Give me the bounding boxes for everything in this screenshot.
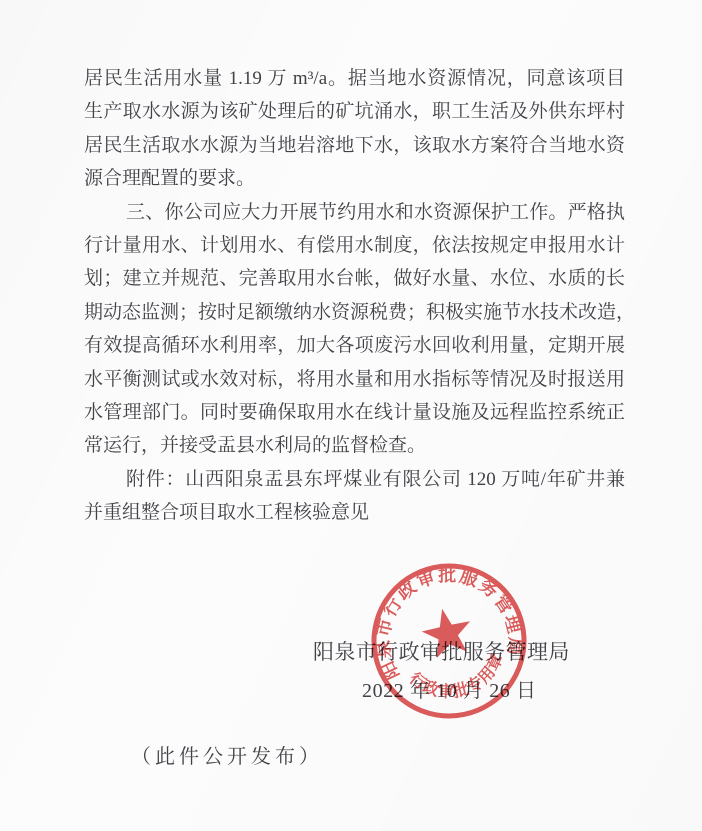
text-line: 水管理部门。同时要确保取用水在线计量设施及远程监控系统正 [84,396,625,429]
seal-ring-text: 阳泉市行政审批服务管理局 [357,549,530,688]
text-line: 三、你公司应大力开展节约用水和水资源保护工作。严格执 [84,196,625,229]
text-line: 生产取水水源为该矿处理后的矿坑涌水，职工生活及外供东坪村 [84,95,625,128]
text-line: 划；建立并规范、完善取用水台帐，做好水量、水位、水质的长 [84,262,625,295]
text-line: 有效提高循环水利用率，加大各项废污水回收利用量，定期开展 [84,329,625,362]
issuer-signature: 阳泉市行政审批服务管理局 [313,636,570,666]
text-line: 居民生活取水水源为当地岩溶地下水，该取水方案符合当地水资 [84,129,625,162]
text-line: 并重组整合项目取水工程核验意见 [84,496,625,529]
document-page: 居民生活用水量 1.19 万 m³/a。据当地水资源情况，同意该项目生产取水水源… [0,0,702,831]
public-release-note: （此件公开发布） [131,740,323,769]
text-line: 居民生活用水量 1.19 万 m³/a。据当地水资源情况，同意该项目 [84,62,625,95]
issue-date: 2022 年 10 月 26 日 [362,674,537,703]
text-line: 行计量用水、计划用水、有偿用水制度，依法按规定申报用水计 [84,229,625,262]
seal-ring-text-path: 阳泉市行政审批服务管理局 [357,549,530,688]
text-line: 期动态监测；按时足额缴纳水资源税费；积极实施节水技术改造， [84,296,625,329]
text-line: 附件：山西阳泉盂县东坪煤业有限公司 120 万吨/年矿井兼 [84,463,625,496]
document-body: 居民生活用水量 1.19 万 m³/a。据当地水资源情况，同意该项目生产取水水源… [84,62,625,529]
text-line: 常运行，并接受盂县水利局的监督检查。 [84,429,625,462]
text-line: 水平衡测试或水效对标，将用水量和用水指标等情况及时报送用 [84,363,625,396]
text-line: 源合理配置的要求。 [84,162,625,195]
